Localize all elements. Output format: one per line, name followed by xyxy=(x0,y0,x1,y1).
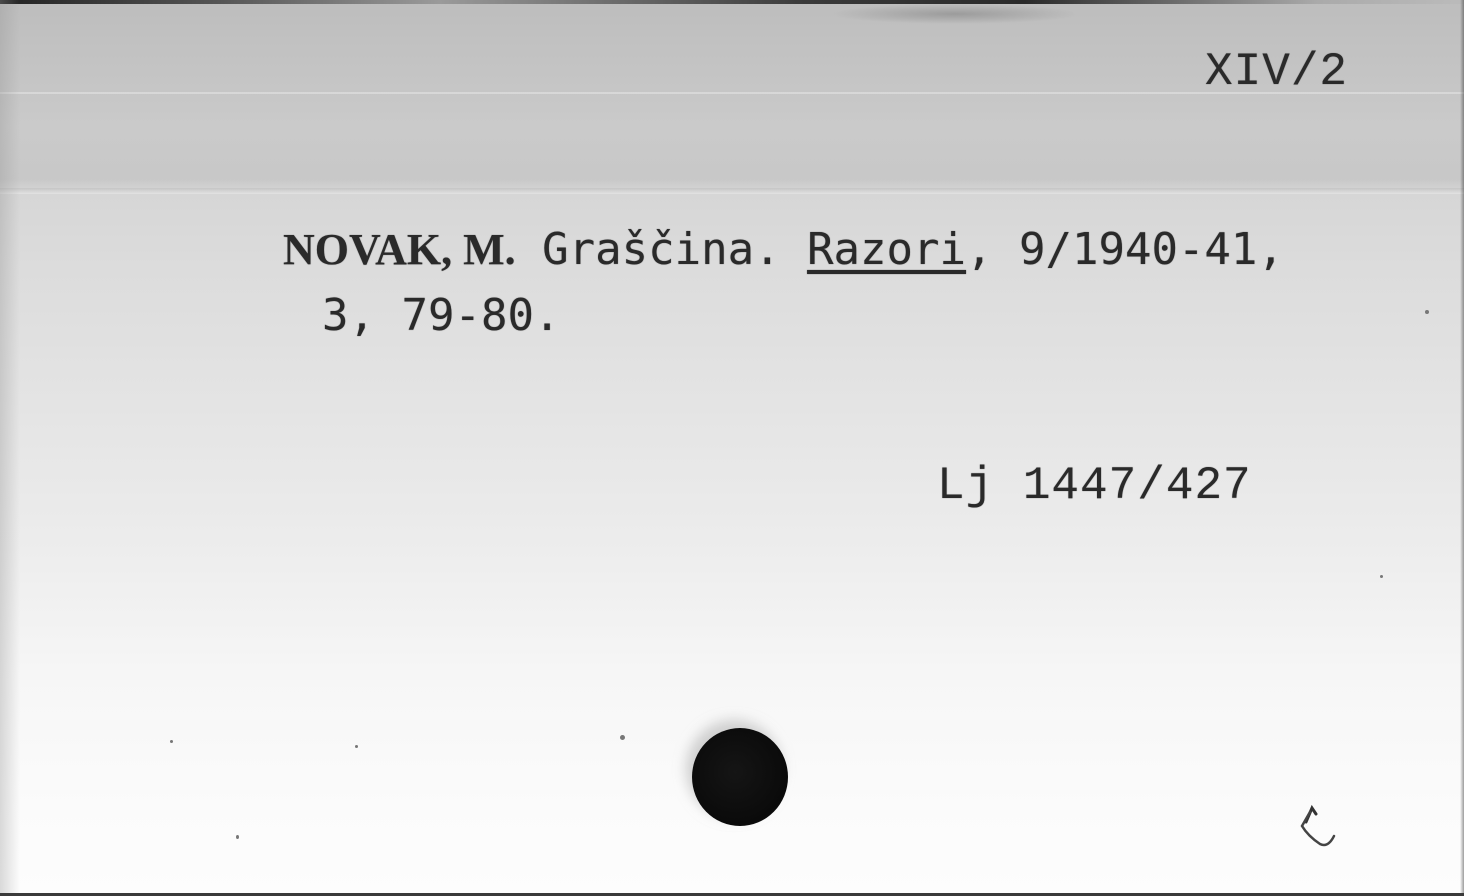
journal-title: Razori xyxy=(807,224,966,275)
top-shadow xyxy=(830,4,1080,24)
bibliographic-entry-line-2: 3, 79-80. xyxy=(322,290,560,341)
catalog-card: XIV/2 NOVAK, M. Graščina. Razori, 9/1940… xyxy=(0,0,1464,896)
paper-speck xyxy=(170,740,173,743)
volume-years: 9/1940-41, xyxy=(1019,224,1284,275)
header-band-edge xyxy=(0,188,1464,194)
holding-reference: Lj 1447/427 xyxy=(937,460,1252,512)
author-name: NOVAK, M. xyxy=(283,225,516,274)
paper-speck xyxy=(355,745,358,748)
page-range: 79-80. xyxy=(401,290,560,341)
issue-number: 3, xyxy=(322,290,375,341)
left-edge-shade xyxy=(0,0,20,896)
card-top-edge xyxy=(0,0,1464,4)
work-title: Graščina. xyxy=(542,224,780,275)
paper-speck xyxy=(236,835,239,839)
bibliographic-entry-line-1: NOVAK, M. Graščina. Razori, 9/1940-41, xyxy=(283,224,1284,275)
punch-hole xyxy=(692,728,788,826)
paper-speck xyxy=(1380,575,1383,578)
right-edge-shade xyxy=(1460,0,1464,896)
paper-speck xyxy=(1425,310,1429,314)
shelf-mark: XIV/2 xyxy=(1205,46,1348,98)
paper-speck xyxy=(620,735,625,740)
handwritten-initial-icon xyxy=(1288,800,1348,860)
